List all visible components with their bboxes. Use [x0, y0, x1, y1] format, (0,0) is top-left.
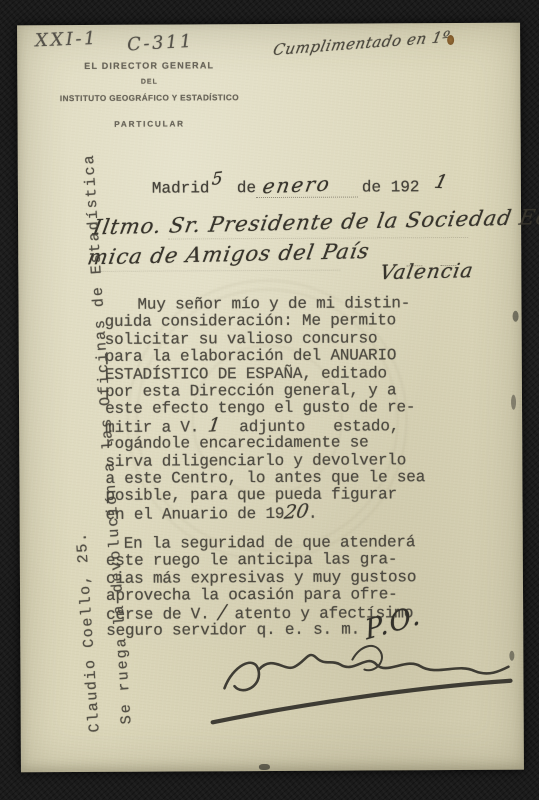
- ink-blot: [509, 651, 514, 661]
- body-line: para la elaboración del ANUARIO: [105, 347, 475, 366]
- letter-body: Muy señor mío y de mi distin- guida cons…: [104, 295, 476, 640]
- archival-code-right: C-311: [127, 31, 195, 56]
- body-line-with-annotation: en el Anuario de 1920.: [106, 504, 476, 523]
- attachment-count-handwritten: 1: [208, 418, 222, 433]
- body-line: guida consideración: Me permito: [105, 312, 475, 331]
- date-city: Madrid: [152, 179, 210, 197]
- recipient-rule-2: [100, 270, 340, 272]
- date-month-handwritten: enero: [261, 171, 333, 198]
- signature-flourish: [202, 625, 528, 737]
- archival-code-left: XXI-1: [35, 28, 99, 52]
- ink-blot: [511, 395, 516, 410]
- recipient-rule-1: [168, 237, 468, 240]
- letterhead-particular: PARTICULAR: [54, 119, 246, 129]
- date-dotted-leader: [256, 197, 358, 199]
- rust-stain: [447, 35, 454, 45]
- body-line: este efecto tengo el gusto de re-: [105, 399, 475, 418]
- body-line: rogándole encarecidamente se: [105, 434, 475, 453]
- date-year-digit-handwritten: 1: [432, 171, 449, 193]
- recipient-city: Valencia: [378, 258, 476, 284]
- body-line-post: .: [308, 504, 318, 522]
- letterhead-institute: INSTITUTO GEOGRÁFICO Y ESTADÍSTICO: [53, 93, 245, 103]
- recipient-line-2: mica de Amigos del País: [86, 239, 372, 269]
- date-de: de: [237, 179, 256, 197]
- body-line-pre: en el Anuario de 19: [106, 505, 285, 524]
- ink-blot: [513, 311, 519, 322]
- fulfilled-note: Cumplimentado en 1º: [272, 22, 531, 60]
- body-line: este ruego le anticipa las gra-: [106, 551, 476, 570]
- letterhead-del: DEL: [53, 78, 245, 86]
- ink-blot: [259, 764, 270, 770]
- date-day-handwritten: 5: [211, 169, 223, 190]
- letterhead-title: EL DIRECTOR GENERAL: [53, 60, 245, 71]
- date-year-prefix: de 192: [362, 178, 420, 196]
- anuario-year-handwritten: 20: [283, 504, 309, 520]
- body-line: aprovecha la ocasión para ofre-: [106, 586, 476, 605]
- letterhead: EL DIRECTOR GENERAL DEL INSTITUTO GEOGRÁ…: [53, 60, 245, 129]
- margin-note-address: Claudio Coello, 25.: [71, 497, 104, 733]
- letter-paper: XXI-1 C-311 Cumplimentado en 1º EL DIREC…: [17, 23, 524, 773]
